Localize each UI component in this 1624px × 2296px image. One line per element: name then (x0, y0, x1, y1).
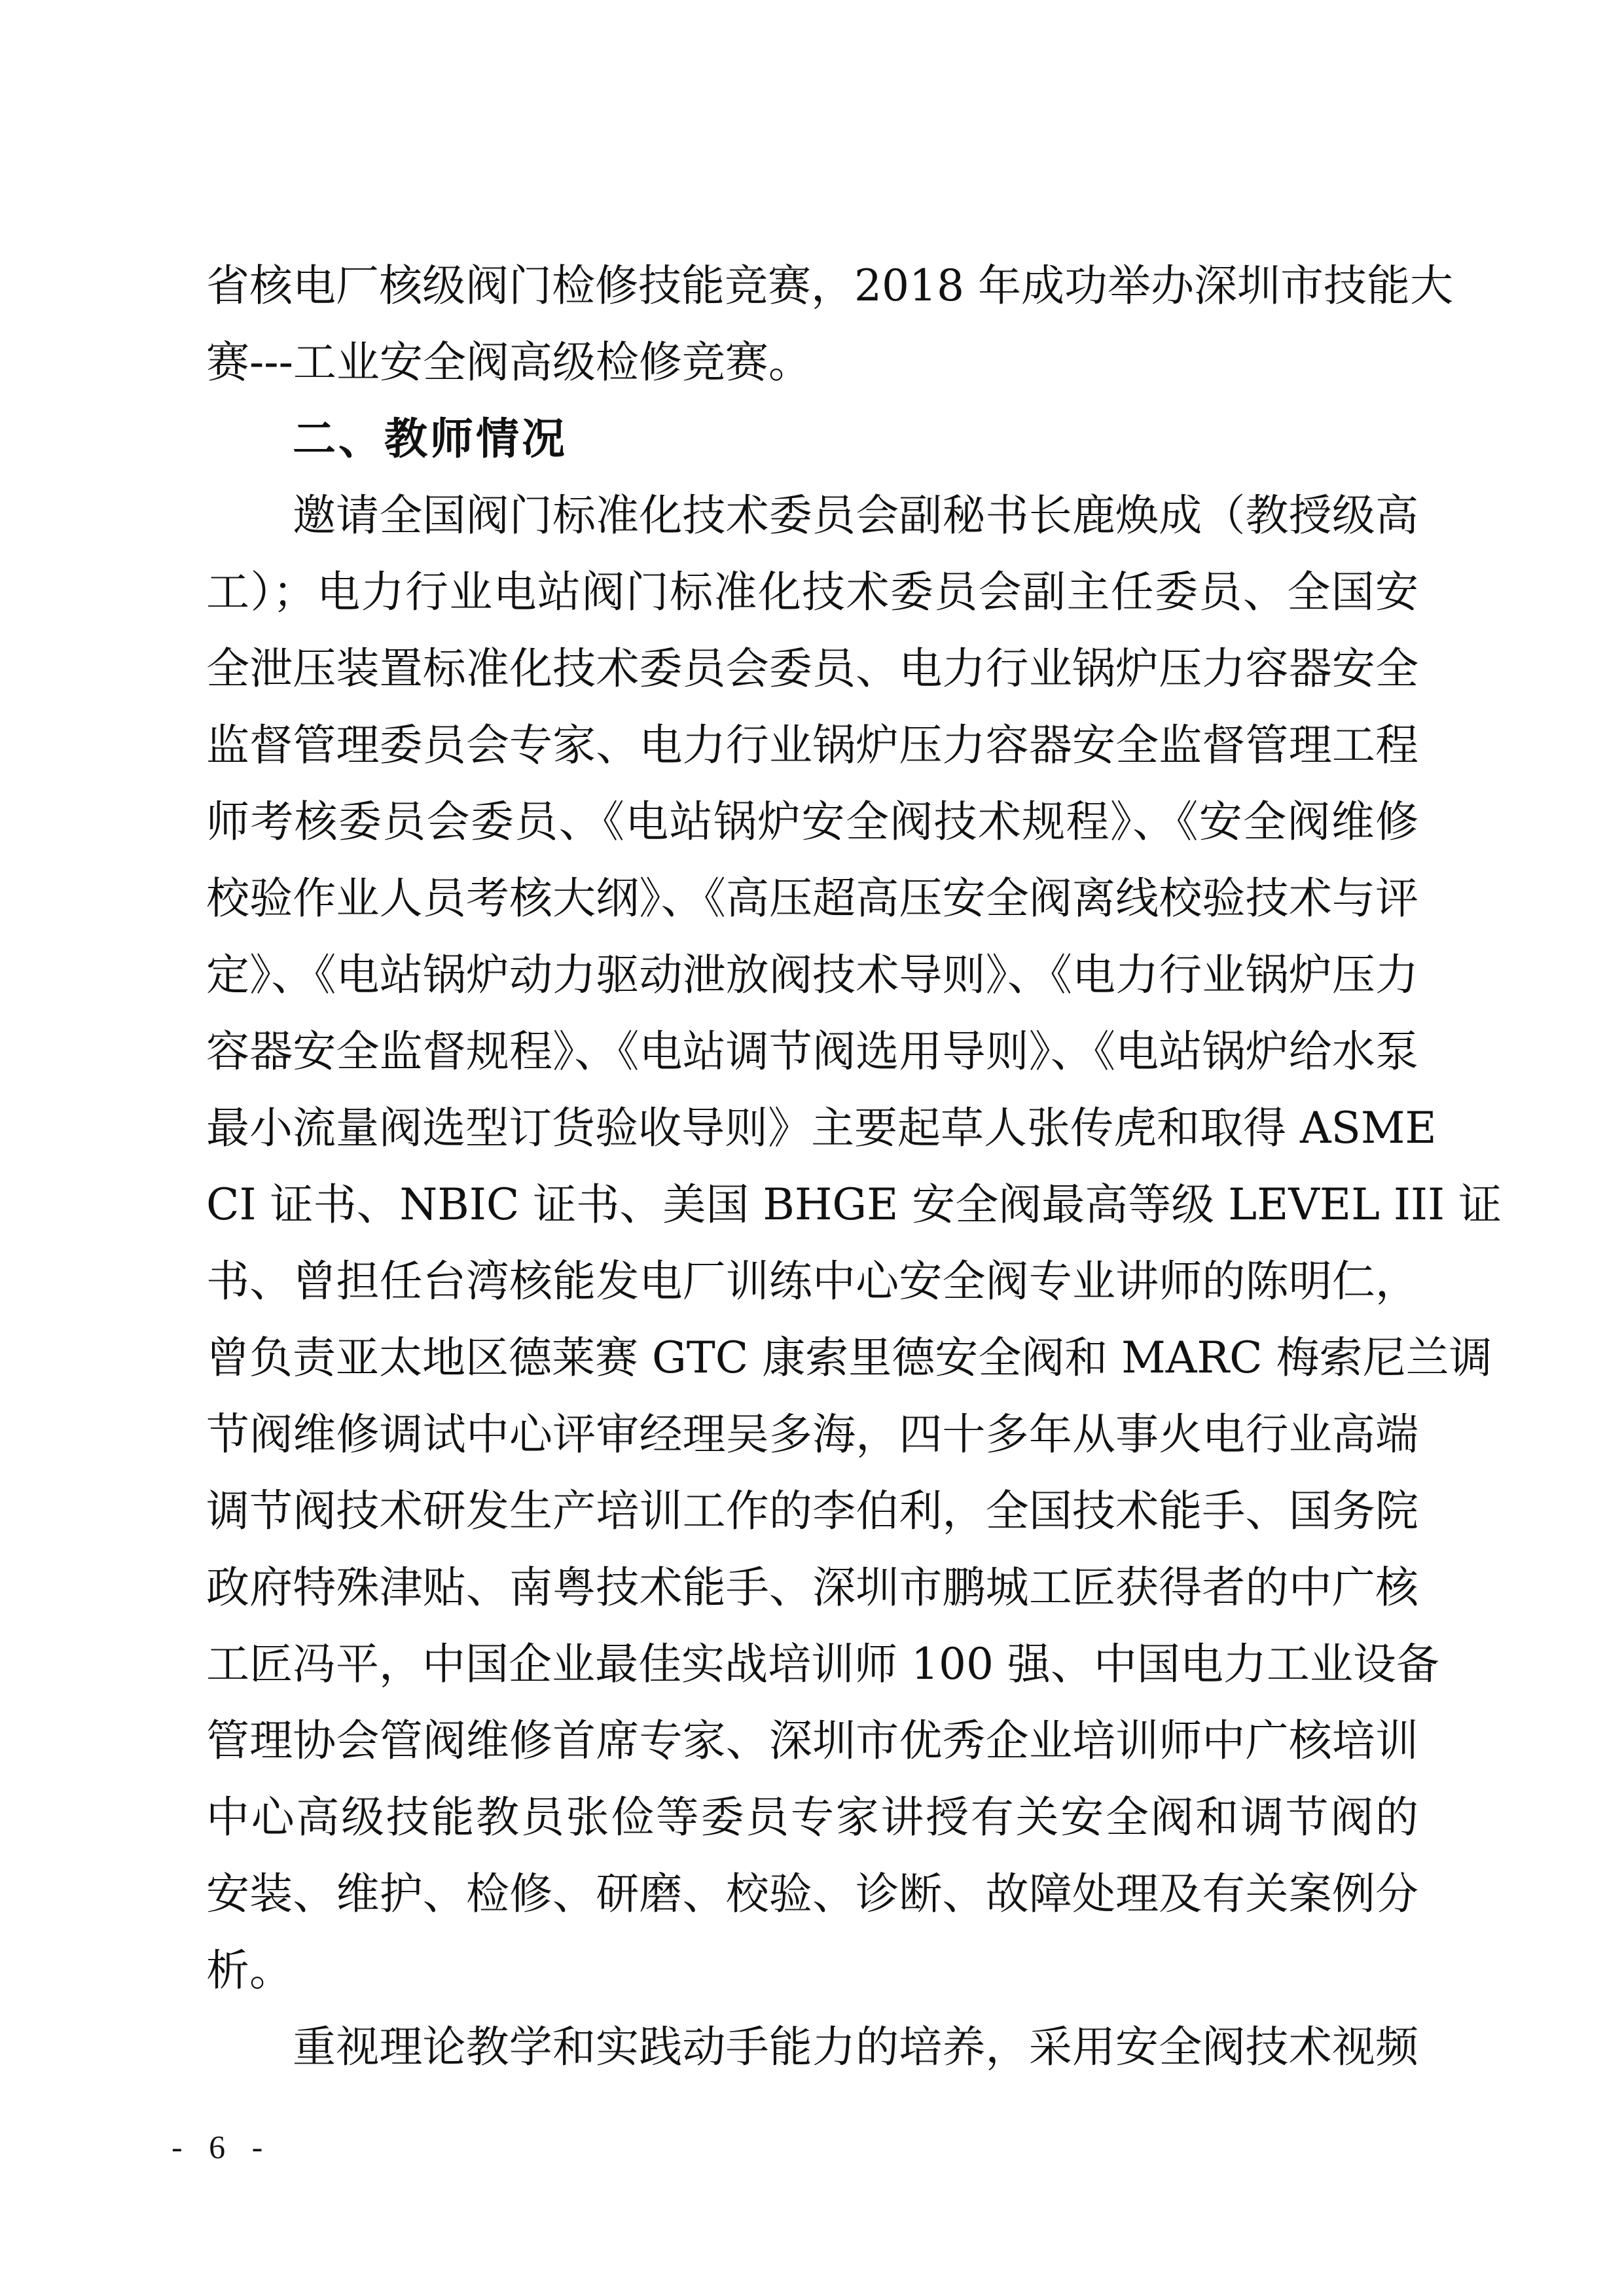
teachers-line-6: 校验作业人员考核大纲》、《高压超高压安全阀离线校验技术与评 (206, 860, 1418, 937)
teachers-line-5: 师考核委员会委员、《电站锅炉安全阀技术规程》、《安全阀维修 (206, 783, 1418, 860)
teachers-line-20: 析。 (206, 1932, 1418, 2009)
practice-line-1: 重视理论教学和实践动手能力的培养，采用安全阀技术视频 (206, 2009, 1418, 2085)
document-page: 省核电厂核级阀门检修技能竞赛，2018 年成功举办深圳市技能大 赛---工业安全… (0, 0, 1624, 2296)
teachers-line-8: 容器安全监督规程》、《电站调节阀选用导则》、《电站锅炉给水泵 (206, 1013, 1418, 1090)
teachers-line-1: 邀请全国阀门标准化技术委员会副秘书长鹿焕成（教授级高 (206, 477, 1418, 554)
teachers-line-19: 安装、维护、检修、研磨、校验、诊断、故障处理及有关案例分 (206, 1856, 1418, 1932)
teachers-line-2: 工）；电力行业电站阀门标准化技术委员会副主任委员、全国安 (206, 554, 1418, 630)
section-heading: 二、教师情况 (206, 401, 1418, 477)
teachers-line-4: 监督管理委员会专家、电力行业锅炉压力容器安全监督管理工程 (206, 707, 1418, 783)
body-text: 省核电厂核级阀门检修技能竞赛，2018 年成功举办深圳市技能大 赛---工业安全… (206, 247, 1418, 2085)
teachers-line-11: 书、曾担任台湾核能发电厂训练中心安全阀专业讲师的陈明仁， (206, 1243, 1418, 1319)
teachers-line-14: 调节阀技术研发生产培训工作的李伯利，全国技术能手、国务院 (206, 1473, 1418, 1549)
teachers-line-10: CI 证书、NBIC 证书、美国 BHGE 安全阀最高等级 LEVEL III … (206, 1166, 1418, 1243)
teachers-line-9: 最小流量阀选型订货验收导则》主要起草人张传虎和取得 ASME (206, 1090, 1418, 1166)
intro-line-2: 赛---工业安全阀高级检修竞赛。 (206, 324, 1418, 401)
teachers-line-17: 管理协会管阀维修首席专家、深圳市优秀企业培训师中广核培训 (206, 1702, 1418, 1779)
teachers-line-13: 节阀维修调试中心评审经理吴多海，四十多年从事火电行业高端 (206, 1396, 1418, 1473)
teachers-line-16: 工匠冯平，中国企业最佳实战培训师 100 强、中国电力工业设备 (206, 1626, 1418, 1702)
intro-line-1: 省核电厂核级阀门检修技能竞赛，2018 年成功举办深圳市技能大 (206, 247, 1418, 324)
teachers-line-12: 曾负责亚太地区德莱赛 GTC 康索里德安全阀和 MARC 梅索尼兰调 (206, 1319, 1418, 1396)
teachers-line-3: 全泄压装置标准化技术委员会委员、电力行业锅炉压力容器安全 (206, 630, 1418, 707)
teachers-line-7: 定》、《电站锅炉动力驱动泄放阀技术导则》、《电力行业锅炉压力 (206, 937, 1418, 1013)
teachers-line-18: 中心高级技能教员张俭等委员专家讲授有关安全阀和调节阀的 (206, 1779, 1418, 1856)
page-number: - 6 - (171, 2121, 272, 2173)
teachers-line-15: 政府特殊津贴、南粤技术能手、深圳市鹏城工匠获得者的中广核 (206, 1549, 1418, 1626)
